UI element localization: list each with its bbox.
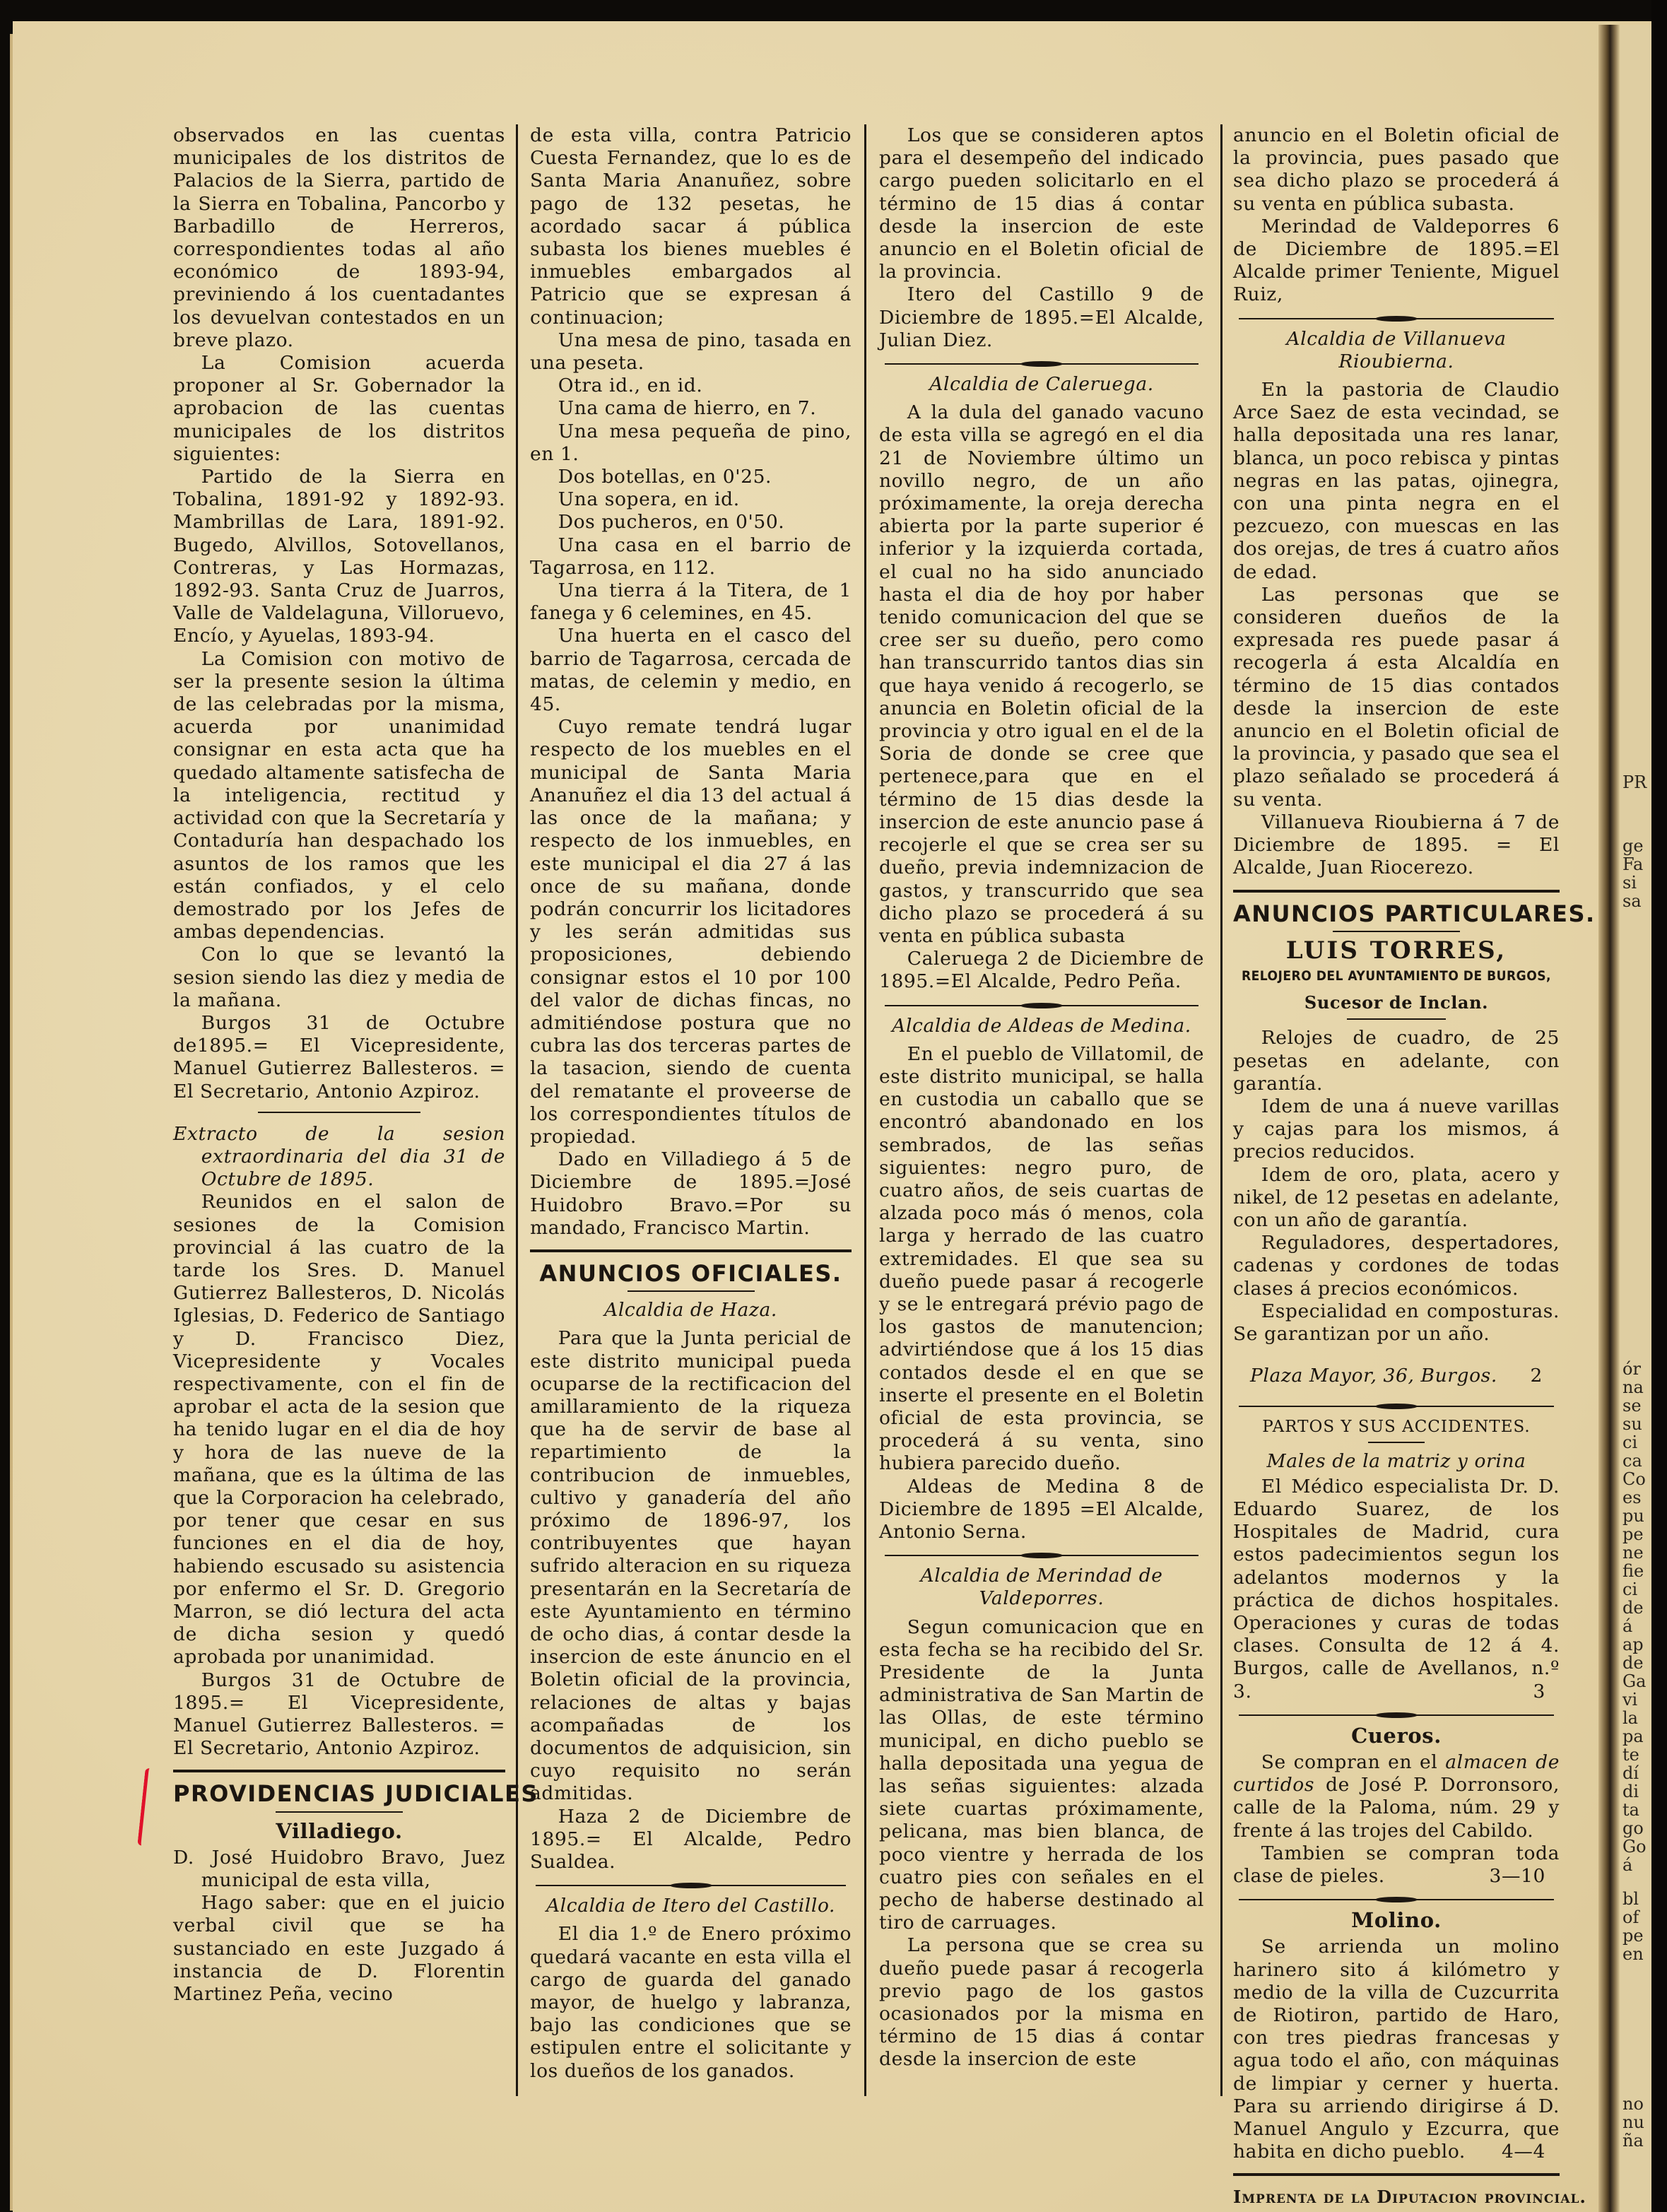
paragraph: Cuyo remate tendrá lugar respecto de los… <box>530 716 852 1148</box>
ad-body-text: Se arrienda un molino harinero sito á ki… <box>1233 1936 1560 2163</box>
caleruega-heading: Alcaldia de Caleruega. <box>879 373 1204 396</box>
auction-item: Una casa en el barrio de Tagarrosa, en 1… <box>530 534 852 580</box>
ad-line: Reguladores, despertadores, cadenas y co… <box>1233 1232 1560 1300</box>
ad-body: Tambien se compran toda clase de pieles.… <box>1233 1842 1560 1888</box>
ad-partos: PARTOS Y SUS ACCIDENTES. Males de la mat… <box>1233 1416 1560 1702</box>
ad-body: El Médico especialista Dr. D. Eduardo Su… <box>1233 1476 1560 1703</box>
auction-item: Una huerta en el casco del barrio de Tag… <box>530 625 852 716</box>
itero-heading: Alcaldia de Itero del Castillo. <box>530 1895 852 1917</box>
divider <box>628 1290 755 1292</box>
ad-address-row: Plaza Mayor, 36, Burgos. 2 <box>1233 1365 1560 1387</box>
divider <box>258 1112 420 1113</box>
adjacent-page-text: á <box>1622 1853 1632 1877</box>
signature: Burgos 31 de Octubre de 1895.= El Vicepr… <box>173 1669 505 1760</box>
ornamental-divider <box>885 1005 1198 1006</box>
aldeas-heading: Alcaldia de Aldeas de Medina. <box>879 1015 1204 1037</box>
paragraph: La Comision con motivo de ser la present… <box>173 648 505 944</box>
ad-title: Cueros. <box>1233 1724 1560 1747</box>
paragraph: Para que la Junta pericial de este distr… <box>530 1327 852 1805</box>
book-gutter <box>1598 25 1620 2212</box>
haza-heading: Alcaldia de Haza. <box>530 1299 852 1322</box>
ad-number: 3—10 <box>1461 1865 1545 1888</box>
ad-line: Idem de una á nueve varillas y cajas par… <box>1233 1095 1560 1164</box>
auction-item: Una tierra á la Titera, de 1 fanega y 6 … <box>530 580 852 625</box>
paragraph: En la pastoria de Claudio Arce Saez de e… <box>1233 379 1560 584</box>
ad-subtitle: Males de la matriz y orina <box>1233 1450 1560 1473</box>
divider <box>1347 1018 1446 1020</box>
signature: Aldeas de Medina 8 de Diciembre de 1895 … <box>879 1476 1204 1544</box>
paragraph: Las personas que se consideren dueños de… <box>1233 584 1560 811</box>
paragraph: En el pueblo de Villatomil, de este dist… <box>879 1043 1204 1476</box>
ad-body-text: Se compran en el <box>1261 1751 1446 1773</box>
section-heading-official: ANUNCIOS OFICIALES. <box>530 1262 852 1285</box>
ad-successor: Sucesor de Inclan. <box>1233 992 1560 1014</box>
signature: Villanueva Rioubierna á 7 de Diciembre d… <box>1233 811 1560 880</box>
paragraph: Los que se consideren aptos para el dese… <box>879 124 1204 283</box>
signature: Dado en Villadiego á 5 de Diciembre de 1… <box>530 1148 852 1240</box>
section-divider <box>530 1249 852 1252</box>
adjacent-page-text: ña <box>1622 2129 1644 2153</box>
ornamental-divider <box>1239 1714 1554 1716</box>
signature: Caleruega 2 de Diciembre de 1895.=El Alc… <box>879 948 1204 993</box>
villanueva-heading: Alcaldia de Villanueva Rioubierna. <box>1233 328 1560 373</box>
ad-subtitle: RELOJERO DEL AYUNTAMIENTO DE BURGOS, <box>1233 965 1560 987</box>
ad-luis-torres: LUIS TORRES, RELOJERO DEL AYUNTAMIENTO D… <box>1233 939 1560 1387</box>
signature: Merindad de Valdeporres 6 de Diciembre d… <box>1233 216 1560 307</box>
ornamental-divider <box>885 1555 1198 1556</box>
ornamental-divider <box>536 1885 846 1886</box>
column-rule <box>864 124 866 2096</box>
adjacent-page-text: sa <box>1622 889 1642 913</box>
divider <box>1368 1442 1425 1443</box>
adjacent-page-edge: PRgeFasisaórnasesucicaCoespupenefiecideá… <box>1620 25 1651 2212</box>
auction-item: Una mesa pequeña de pino, en 1. <box>530 420 852 466</box>
ad-molino: Molino. Se arrienda un molino harinero s… <box>1233 1909 1560 2163</box>
auction-item: Dos pucheros, en 0'50. <box>530 511 852 534</box>
section-divider <box>1233 2173 1560 2176</box>
ad-body: Se compran en el almacen de curtidos de … <box>1233 1751 1560 1842</box>
divider <box>276 1811 403 1813</box>
ornamental-divider <box>885 363 1198 365</box>
auction-item: Otra id., en id. <box>530 375 852 397</box>
ad-number: 3 <box>1505 1681 1545 1703</box>
column-rule <box>1220 124 1223 2096</box>
ad-line: Especialidad en composturas. Se garantiz… <box>1233 1300 1560 1346</box>
paragraph: Con lo que se levantó la sesion siendo l… <box>173 943 505 1012</box>
ornamental-divider <box>1239 318 1554 319</box>
printer-footer: Imprenta de la Diputacion provincial. <box>1233 2186 1560 2208</box>
auction-item: Dos botellas, en 0'25. <box>530 466 852 488</box>
paragraph: Reunidos en el salon de sesiones de la C… <box>173 1191 505 1669</box>
paragraph: La persona que se crea su dueño puede pa… <box>879 1934 1204 2071</box>
scan-border <box>1651 0 1667 2212</box>
ad-address: Plaza Mayor, 36, Burgos. <box>1250 1365 1497 1387</box>
column-1: observados en las cuentas municipales de… <box>173 124 505 2006</box>
ornamental-divider <box>1239 1406 1554 1407</box>
signature: Burgos 31 de Octubre de1895.= El Vicepre… <box>173 1012 505 1103</box>
ad-title: Molino. <box>1233 1909 1560 1931</box>
paragraph: Hago saber: que en el juicio verbal civi… <box>173 1892 505 2006</box>
divider <box>1333 931 1460 932</box>
auction-item: Una mesa de pino, tasada en una peseta. <box>530 329 852 375</box>
section-heading-judicial: PROVIDENCIAS JUDICIALES <box>173 1782 505 1805</box>
section-divider <box>1233 890 1560 893</box>
extract-heading: Extracto de la sesion extraordinaria del… <box>173 1123 505 1192</box>
adjacent-page-text: en <box>1622 1942 1644 1966</box>
column-4: anuncio en el Boletin oficial de la prov… <box>1233 124 1560 2209</box>
ad-line: Idem de oro, plata, acero y nikel, de 12… <box>1233 1164 1560 1233</box>
section-heading-private: ANUNCIOS PARTICULARES. <box>1233 902 1560 925</box>
section-divider <box>173 1770 505 1772</box>
auction-item: Una sopera, en id. <box>530 488 852 511</box>
ad-title: LUIS TORRES, <box>1233 939 1560 962</box>
paragraph: Segun comunicacion que en esta fecha se … <box>879 1616 1204 1935</box>
signature: Haza 2 de Diciembre de 1895.= El Alcalde… <box>530 1806 852 1874</box>
villadiego-heading: Villadiego. <box>173 1820 505 1842</box>
column-2: de esta villa, contra Patricio Cuesta Fe… <box>530 124 852 2083</box>
ad-body-text: El Médico especialista Dr. D. Eduardo Su… <box>1233 1476 1560 1702</box>
adjacent-page-text: PR <box>1622 770 1647 794</box>
ad-number: 2 <box>1531 1365 1543 1387</box>
merindad-heading: Alcaldia de Merindad de Valdeporres. <box>879 1565 1204 1610</box>
signature: Itero del Castillo 9 de Diciembre de 189… <box>879 283 1204 352</box>
paragraph: El dia 1.º de Enero próximo quedará vaca… <box>530 1923 852 2082</box>
paragraph: Partido de la Sierra en Tobalina, 1891-9… <box>173 466 505 648</box>
ad-number: 4—4 <box>1473 2141 1545 2163</box>
paragraph: La Comision acuerda proponer al Sr. Gobe… <box>173 352 505 466</box>
paragraph: anuncio en el Boletin oficial de la prov… <box>1233 124 1560 216</box>
ad-line: Relojes de cuadro, de 25 pesetas en adel… <box>1233 1027 1560 1095</box>
paragraph: de esta villa, contra Patricio Cuesta Fe… <box>530 124 852 329</box>
judge-line: D. José Huidobro Bravo, Juez municipal d… <box>173 1847 505 1892</box>
paragraph: observados en las cuentas municipales de… <box>173 124 505 352</box>
paragraph: A la dula del ganado vacuno de esta vill… <box>879 401 1204 948</box>
auction-item: Una cama de hierro, en 7. <box>530 397 852 420</box>
ornamental-divider <box>1239 1899 1554 1900</box>
ad-body: Se arrienda un molino harinero sito á ki… <box>1233 1936 1560 2163</box>
column-3: Los que se consideren aptos para el dese… <box>879 124 1204 2071</box>
ad-cueros: Cueros. Se compran en el almacen de curt… <box>1233 1724 1560 1888</box>
ad-title: PARTOS Y SUS ACCIDENTES. <box>1233 1416 1560 1438</box>
